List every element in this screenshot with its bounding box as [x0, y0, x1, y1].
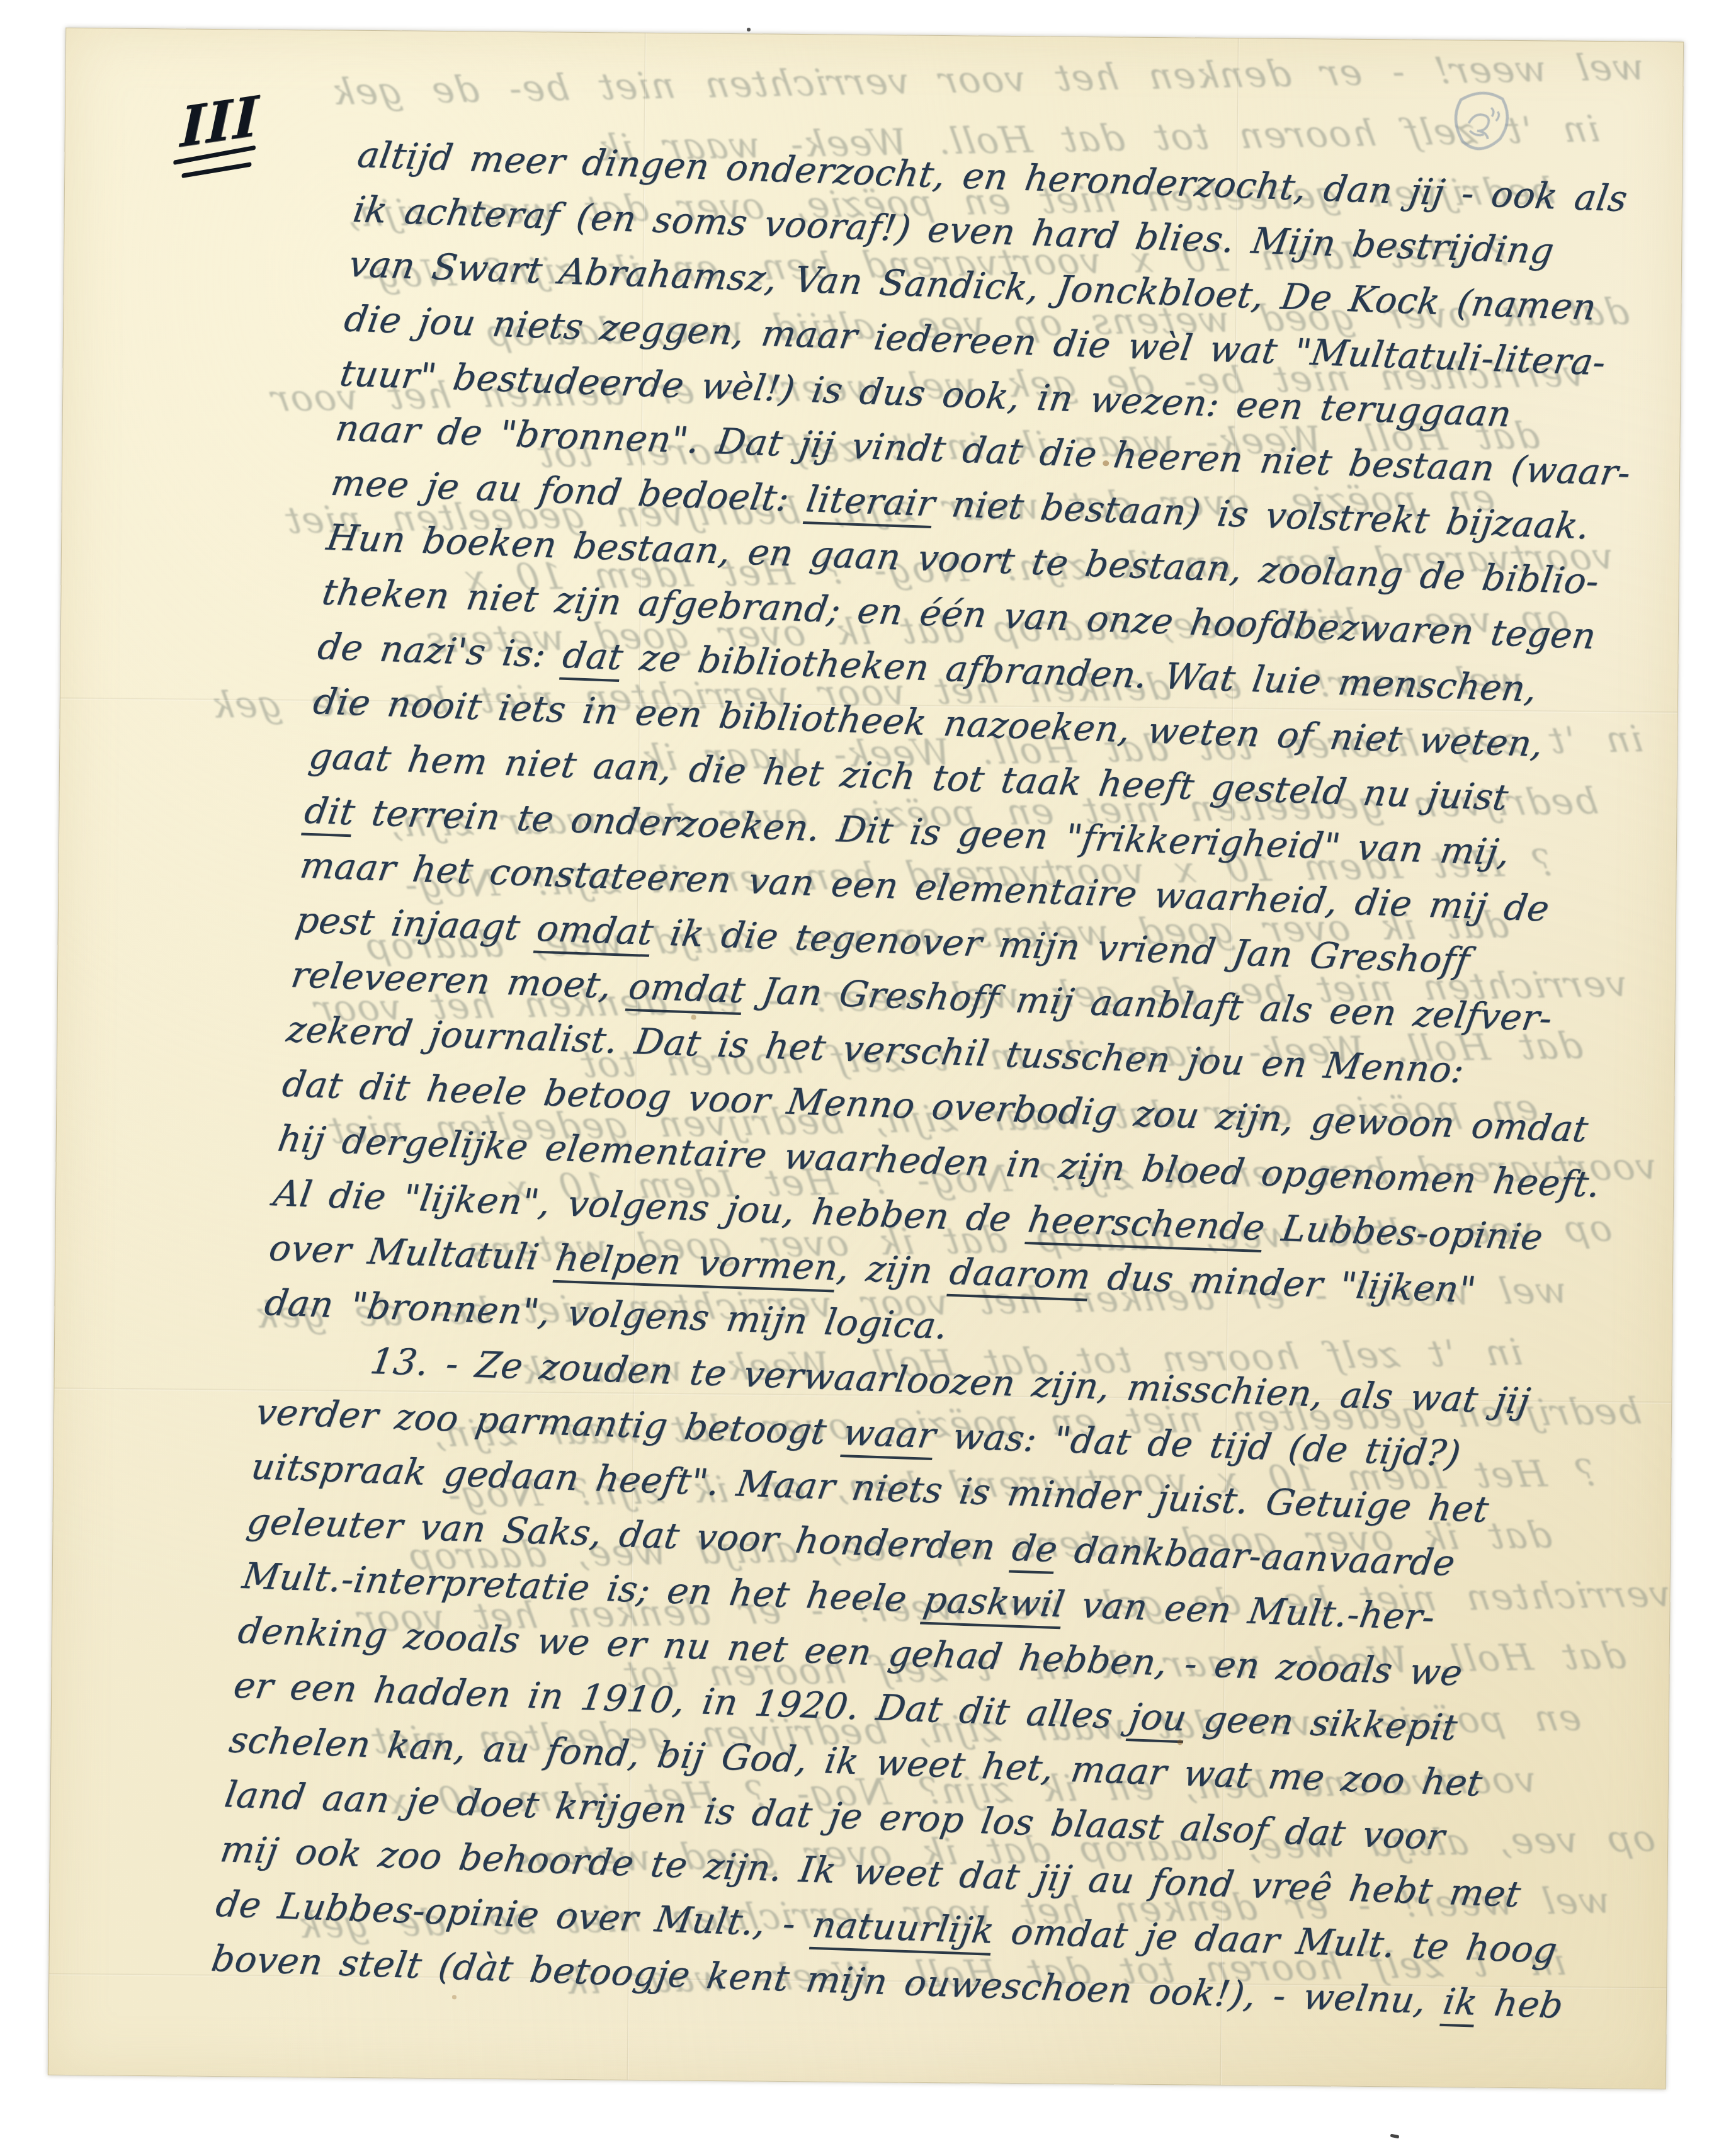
hand-underlined-word: dat — [559, 635, 626, 682]
scan-speck — [747, 28, 751, 31]
letter-paper: wel weer! - er denken het voor verrichte… — [48, 28, 1684, 2089]
hand-underlined-word: paskwil — [920, 1579, 1067, 1629]
hand-underlined-word: waar — [840, 1412, 939, 1460]
hand-underlined-word: heerschende — [1024, 1199, 1268, 1252]
hand-underlined-word: de — [1009, 1528, 1061, 1574]
blind-stamp-shield-icon — [1436, 78, 1526, 168]
hand-underlined-word: natuurlijk — [809, 1904, 997, 1956]
hand-underlined-word: ik — [1439, 1981, 1480, 2028]
hand-underlined-word: daarom — [946, 1251, 1094, 1301]
hand-underlined-word: omdat — [625, 966, 748, 1015]
letter-lines: altijd meer dingen onderzocht, en herond… — [4, 118, 1580, 2032]
scan-speck — [1390, 2134, 1400, 2139]
hand-underlined-word: jou — [1126, 1696, 1189, 1743]
hand-underlined-word: literair — [803, 479, 938, 528]
hand-underlined-word: dit — [301, 790, 358, 837]
hand-underlined-word: omdat — [533, 908, 656, 957]
hand-underlined-word: helpen vormen — [552, 1237, 841, 1292]
